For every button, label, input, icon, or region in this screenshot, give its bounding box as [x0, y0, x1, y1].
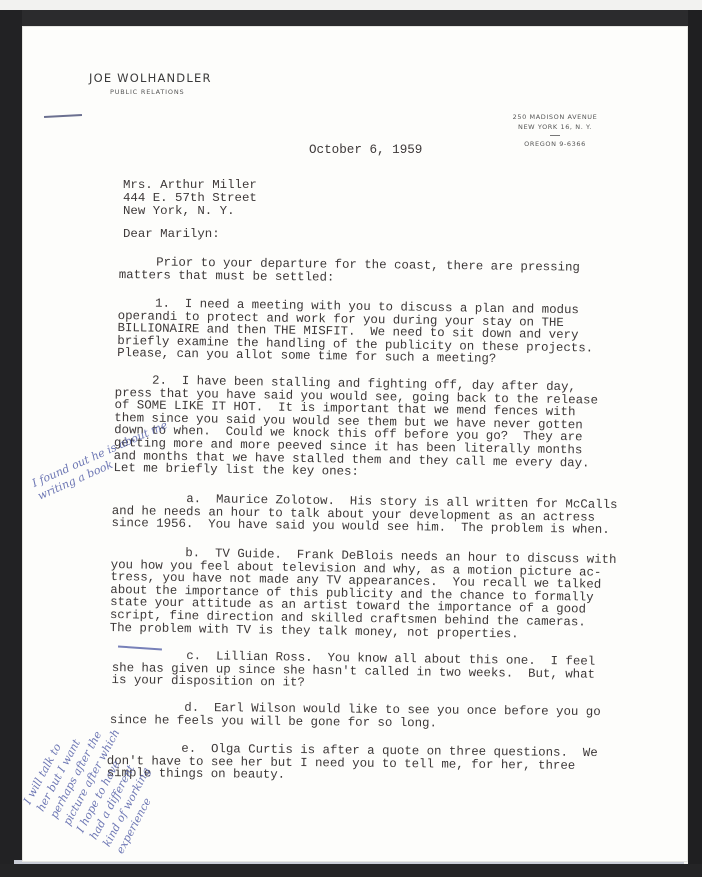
- letter-date: October 6, 1959: [309, 144, 422, 156]
- address-line-2: NEW YORK 16, N. Y.: [500, 122, 610, 132]
- letterhead-subtitle: PUBLIC RELATIONS: [110, 88, 184, 96]
- letterhead-address: 250 MADISON AVENUE NEW YORK 16, N. Y. OR…: [500, 112, 610, 149]
- paragraph-item-b: b. TV Guide. Frank DeBlois needs an hour…: [110, 546, 617, 642]
- scan-background-bottom: [0, 864, 702, 877]
- paragraph-intro: Prior to your departure for the coast, t…: [119, 256, 580, 287]
- salutation: Dear Marilyn:: [123, 228, 220, 240]
- paragraph-item-a: a. Maurice Zolotow. His story is all wri…: [111, 492, 617, 537]
- address-line-1: 250 MADISON AVENUE: [500, 112, 610, 122]
- scan-background-right: [688, 10, 702, 877]
- paragraph-item-c: c. Lillian Ross. You know all about this…: [111, 649, 595, 694]
- scan-top-margin: [0, 0, 702, 10]
- recipient-address: Mrs. Arthur Miller 444 E. 57th Street Ne…: [123, 179, 257, 218]
- paragraph-item-d: d. Earl Wilson would like to see you onc…: [110, 701, 601, 731]
- paragraph-item-e: e. Olga Curtis is after a quote on three…: [107, 742, 598, 785]
- paragraph-item-2: 2. I have been stalling and fighting off…: [113, 374, 598, 482]
- letterhead-name: JOE WOLHANDLER: [89, 71, 212, 85]
- scan-background-left: [0, 10, 22, 877]
- address-divider: [550, 135, 560, 136]
- letterhead-phone: OREGON 9-6366: [500, 139, 610, 149]
- paragraph-item-1: 1. I need a meeting with you to discuss …: [117, 297, 594, 367]
